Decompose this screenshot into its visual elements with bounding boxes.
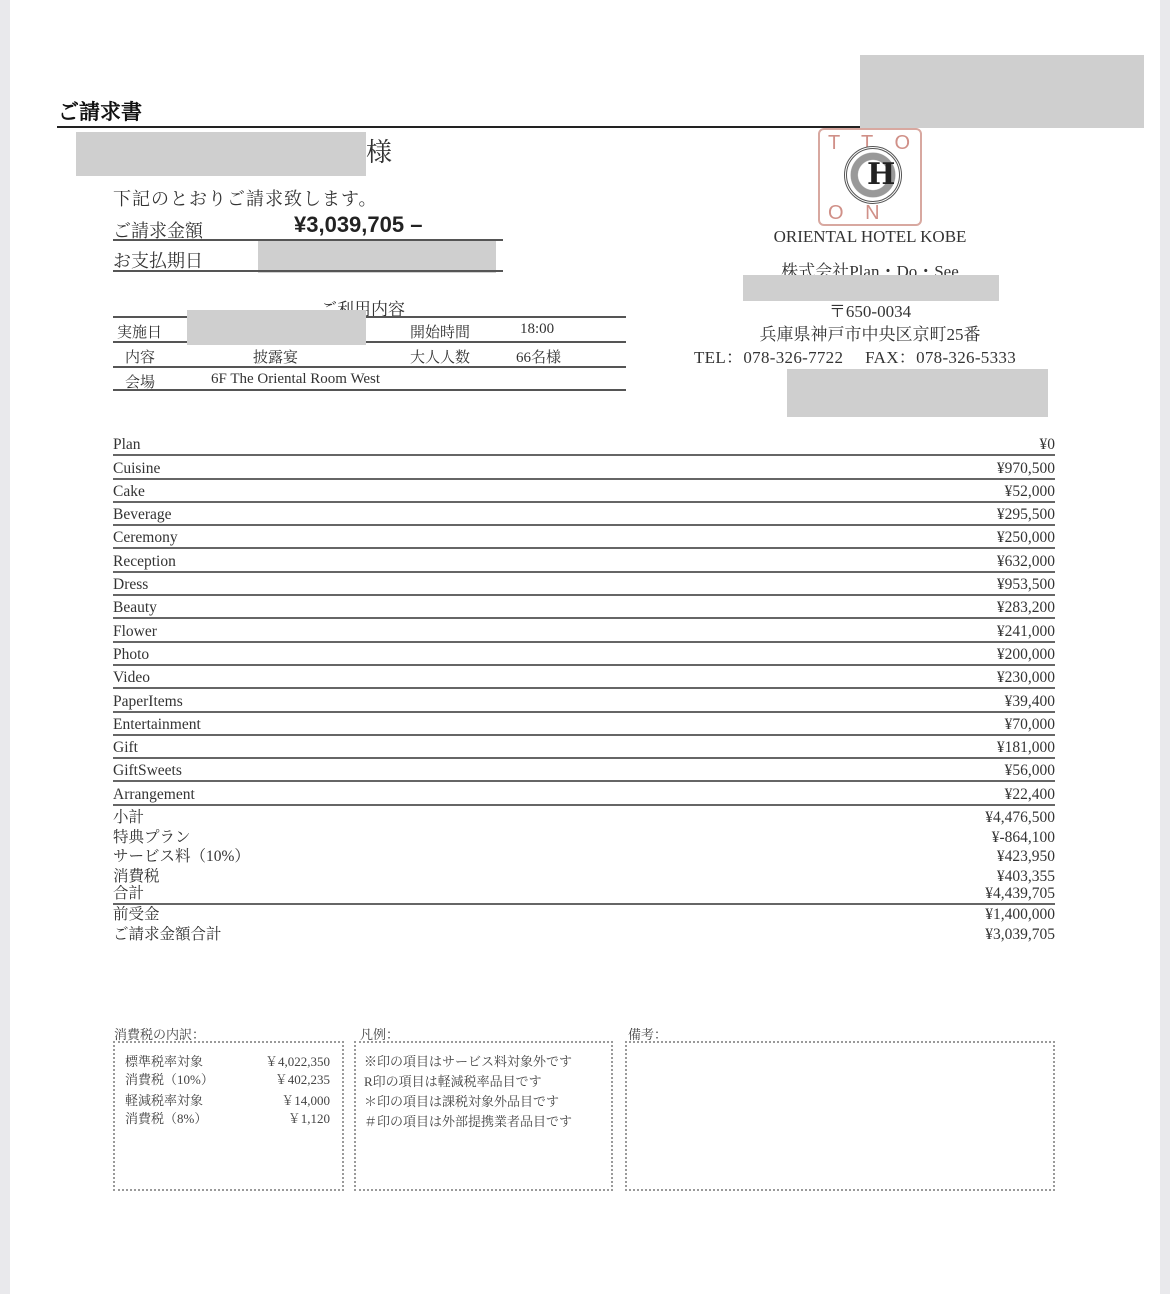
invoice-page: ご請求書 様 下記のとおりご請求致します。 ご請求金額 ¥3,039,705 –…	[10, 0, 1160, 1294]
line-item-amount: ¥181,000	[997, 739, 1055, 757]
line-item-label: Reception	[113, 553, 176, 571]
redacted-event-date	[187, 310, 366, 345]
line-item-label: Photo	[113, 646, 149, 664]
summary-amount: ¥1,400,000	[985, 906, 1055, 924]
line-item-row: Beverage¥295,500	[113, 503, 1055, 526]
line-item-amount: ¥970,500	[997, 460, 1055, 478]
summary-amount: ¥423,950	[997, 848, 1055, 866]
line-item-row: Cake¥52,000	[113, 480, 1055, 503]
line-item-label: Ceremony	[113, 529, 178, 547]
line-item-amount: ¥953,500	[997, 576, 1055, 594]
line-item-amount: ¥200,000	[997, 646, 1055, 664]
tax-label: 軽減税率対象	[125, 1090, 203, 1109]
line-item-label: GiftSweets	[113, 762, 182, 780]
summary-row: 消費税¥403,355	[113, 866, 1055, 885]
redacted-block	[860, 55, 1144, 128]
stamp-letters: O N	[828, 202, 888, 224]
summary-row: 特典プラン¥-864,100	[113, 827, 1055, 846]
document-title: ご請求書	[58, 96, 142, 126]
line-item-amount: ¥0	[1040, 436, 1056, 454]
postal-code: 〒650-0034	[670, 297, 1070, 322]
company-seal-stamp: T T O O N H	[818, 128, 922, 226]
recipient-honorific: 様	[366, 132, 392, 169]
usage-label: 実施日	[117, 321, 162, 342]
hotel-name: ORIENTAL HOTEL KOBE	[670, 227, 1070, 247]
summary-amount: ¥4,439,705	[985, 885, 1055, 903]
line-item-amount: ¥22,400	[1005, 786, 1055, 804]
line-item-label: Entertainment	[113, 716, 201, 734]
redacted-recipient-name	[76, 132, 366, 176]
line-items-table: Plan¥0Cuisine¥970,500Cake¥52,000Beverage…	[113, 433, 1055, 806]
line-item-amount: ¥70,000	[1005, 716, 1055, 734]
line-item-amount: ¥632,000	[997, 553, 1055, 571]
legend-line: ＊印の項目は課税対象外品目です	[364, 1091, 559, 1110]
line-item-row: Flower¥241,000	[113, 619, 1055, 642]
line-item-row: Video¥230,000	[113, 666, 1055, 689]
line-item-label: Arrangement	[113, 786, 195, 804]
tax-value: ￥402,235	[275, 1069, 330, 1088]
line-item-row: Cuisine¥970,500	[113, 456, 1055, 479]
line-item-amount: ¥39,400	[1005, 693, 1055, 711]
line-item-row: Ceremony¥250,000	[113, 526, 1055, 549]
title-divider	[57, 126, 862, 128]
summary-table: 小計¥4,476,500特典プラン¥-864,100サービス料（10%）¥423…	[113, 808, 1055, 944]
line-item-amount: ¥250,000	[997, 529, 1055, 547]
summary-label: 合計	[113, 881, 144, 903]
tax-breakdown-box: 標準税率対象 ￥4,022,350 消費税（10%） ￥402,235 軽減税率…	[113, 1041, 344, 1191]
line-item-row: Entertainment¥70,000	[113, 713, 1055, 736]
summary-row: サービス料（10%）¥423,950	[113, 847, 1055, 866]
summary-row: 小計¥4,476,500	[113, 808, 1055, 827]
line-item-label: PaperItems	[113, 693, 183, 711]
tel-fax: TEL：078-326-7722 FAX：078-326-5333	[694, 343, 1016, 368]
line-item-row: Gift¥181,000	[113, 736, 1055, 759]
amount-value: ¥3,039,705 –	[294, 212, 422, 238]
summary-amount: ¥4,476,500	[985, 809, 1055, 827]
line-item-amount: ¥295,500	[997, 506, 1055, 524]
line-item-amount: ¥230,000	[997, 669, 1055, 687]
usage-value: 披露宴	[253, 346, 298, 367]
usage-value-2: 66名様	[516, 346, 561, 367]
usage-row: 会場 6F The Oriental Room West	[113, 366, 626, 391]
summary-row: 合計¥4,439,705	[113, 886, 1055, 905]
line-item-label: Cuisine	[113, 460, 160, 478]
summary-row: ご請求金額合計¥3,039,705	[113, 924, 1055, 943]
usage-label-2: 大人人数	[410, 346, 470, 367]
line-item-label: Plan	[113, 436, 141, 454]
legend-line: ※印の項目はサービス料対象外です	[364, 1051, 572, 1070]
line-item-row: Reception¥632,000	[113, 549, 1055, 572]
line-item-label: Dress	[113, 576, 148, 594]
remarks-box	[625, 1041, 1055, 1191]
line-item-row: Photo¥200,000	[113, 643, 1055, 666]
line-item-row: Plan¥0	[113, 433, 1055, 456]
line-item-row: Dress¥953,500	[113, 573, 1055, 596]
tax-label: 消費税（10%）	[125, 1069, 214, 1088]
line-item-label: Video	[113, 669, 150, 687]
line-item-amount: ¥241,000	[997, 623, 1055, 641]
line-item-label: Beauty	[113, 599, 157, 617]
hotel-emblem-icon: H	[844, 146, 902, 204]
tax-label: 消費税（8%）	[125, 1108, 207, 1127]
usage-value: 6F The Oriental Room West	[211, 371, 380, 388]
line-item-label: Gift	[113, 739, 138, 757]
summary-amount: ¥3,039,705	[985, 926, 1055, 944]
summary-amount: ¥403,355	[997, 868, 1055, 886]
summary-label: ご請求金額合計	[113, 922, 222, 944]
intro-text: 下記のとおりご請求致します。	[113, 185, 378, 211]
line-item-amount: ¥52,000	[1005, 483, 1055, 501]
due-date-underline	[113, 270, 503, 272]
line-item-amount: ¥56,000	[1005, 762, 1055, 780]
line-item-row: PaperItems¥39,400	[113, 689, 1055, 712]
usage-label-2: 開始時間	[410, 321, 470, 342]
legend-line: ＃印の項目は外部提携業者品目です	[364, 1111, 572, 1130]
line-item-label: Cake	[113, 483, 145, 501]
line-item-label: Flower	[113, 623, 157, 641]
tax-value: ￥14,000	[281, 1090, 330, 1109]
line-item-row: Arrangement¥22,400	[113, 782, 1055, 805]
line-item-label: Beverage	[113, 506, 172, 524]
tax-value: ￥4,022,350	[265, 1051, 330, 1070]
usage-label: 会場	[125, 371, 155, 392]
tax-label: 標準税率対象	[125, 1051, 203, 1070]
tax-value: ￥1,120	[288, 1108, 330, 1127]
redacted-issuer-contact	[787, 369, 1048, 417]
usage-label: 内容	[125, 346, 155, 367]
summary-row: 前受金¥1,400,000	[113, 905, 1055, 924]
line-item-amount: ¥283,200	[997, 599, 1055, 617]
usage-value-2: 18:00	[520, 321, 554, 338]
company-address: 兵庫県神戸市中央区京町25番	[670, 320, 1070, 345]
legend-line: R印の項目は軽減税率品目です	[364, 1071, 542, 1090]
summary-amount: ¥-864,100	[992, 829, 1055, 847]
line-item-row: GiftSweets¥56,000	[113, 759, 1055, 782]
emblem-letter: H	[867, 157, 895, 192]
redacted-due-date	[258, 241, 496, 273]
legend-box: ※印の項目はサービス料対象外です R印の項目は軽減税率品目です ＊印の項目は課税…	[354, 1041, 613, 1191]
line-item-row: Beauty¥283,200	[113, 596, 1055, 619]
